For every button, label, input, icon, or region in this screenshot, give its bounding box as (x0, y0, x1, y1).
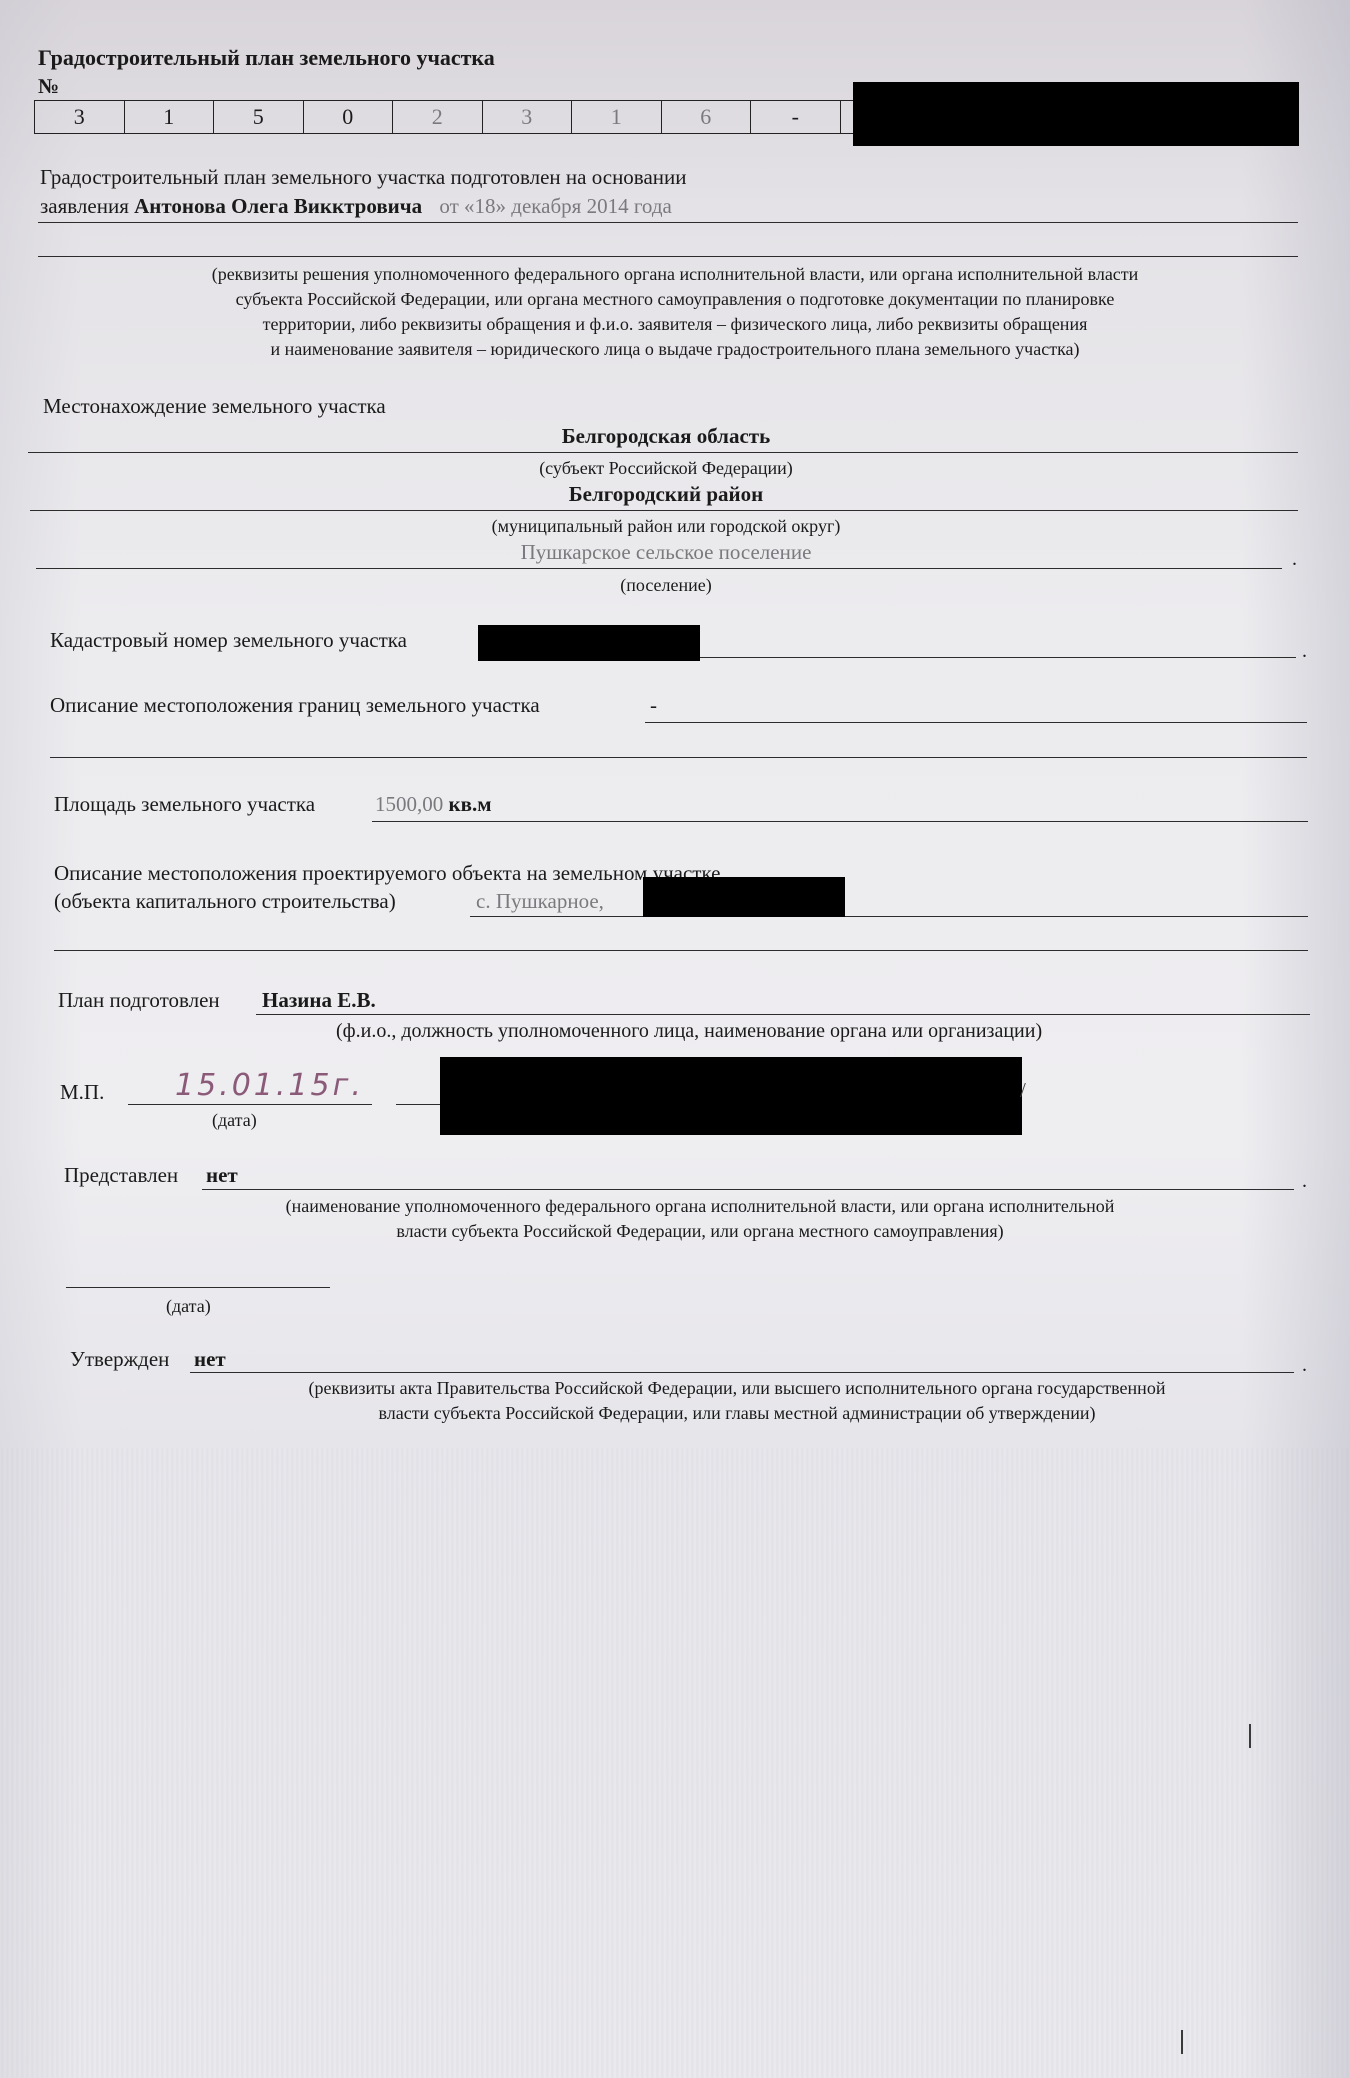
redaction-cadastral-number (478, 625, 700, 661)
area-value: 1500,00 кв.м (375, 792, 492, 817)
submitted-date-hint: (дата) (166, 1294, 211, 1319)
seal-date-hint: (дата) (212, 1108, 257, 1133)
redaction-plan-number (853, 82, 1299, 146)
redaction-object-address (643, 877, 845, 917)
location-label: Местонахождение земельного участка (43, 394, 386, 419)
number-cell: 6 (662, 101, 752, 133)
number-cell: 1 (125, 101, 215, 133)
region-hint: (субъект Российской Федерации) (0, 456, 1332, 481)
plan-number-grid: 3 1 5 0 2 3 1 6 - (34, 100, 930, 134)
approved-label: Утвержден (70, 1347, 169, 1372)
underline (372, 821, 1308, 822)
boundaries-value: - (650, 693, 657, 718)
area-number: 1500,00 (375, 792, 443, 816)
underline (128, 1104, 372, 1105)
scan-artifact (1249, 1724, 1251, 1748)
submitted-value: нет (206, 1163, 238, 1188)
approved-hint: (реквизиты акта Правительства Российской… (0, 1376, 1350, 1426)
underline (470, 916, 1308, 917)
scan-artifact (1181, 2030, 1183, 2054)
number-cell: - (751, 101, 841, 133)
underline (36, 568, 1282, 569)
location-district: Белгородский район (0, 482, 1332, 507)
prepared-label: План подготовлен (58, 988, 220, 1013)
number-cell: 3 (35, 101, 125, 133)
area-label: Площадь земельного участка (54, 792, 315, 817)
district-hint: (муниципальный район или городской округ… (0, 514, 1332, 539)
submitted-label: Представлен (64, 1163, 178, 1188)
number-cell: 5 (214, 101, 304, 133)
underline (30, 510, 1298, 511)
number-cell: 0 (304, 101, 394, 133)
period: . (1302, 1170, 1307, 1193)
underline (202, 1189, 1294, 1190)
applicant-name: Антонова Олега Викктровича (134, 194, 422, 218)
underline (396, 1104, 442, 1105)
period: . (1302, 640, 1307, 663)
handwritten-date: 15.01.15г. (175, 1068, 364, 1103)
underline (28, 452, 1298, 453)
underline (645, 722, 1307, 723)
underline (700, 657, 1296, 658)
object-location-label-2: (объекта капитального строительства) (54, 889, 396, 914)
approved-value: нет (194, 1347, 226, 1372)
submitted-hint: (наименование уполномоченного федерально… (0, 1194, 1350, 1244)
prepared-hint: (ф.и.о., должность уполномоченного лица,… (336, 1020, 1042, 1043)
period: . (1292, 548, 1297, 571)
seal-label: М.П. (60, 1080, 104, 1105)
number-cell: 2 (393, 101, 483, 133)
number-label: № (38, 74, 59, 99)
signature-slash: / (1020, 1078, 1026, 1103)
underline (38, 256, 1298, 257)
underline (256, 1014, 1310, 1015)
period: . (1302, 1354, 1307, 1377)
boundaries-label: Описание местоположения границ земельног… (50, 693, 540, 718)
number-cell: 3 (483, 101, 573, 133)
location-settlement: Пушкарское сельское поселение (0, 540, 1332, 565)
scan-lower-band (0, 1448, 1350, 2078)
underline (50, 757, 1307, 758)
cadastral-label: Кадастровый номер земельного участка (50, 628, 407, 653)
underline (66, 1287, 330, 1288)
statement-prefix: заявления (40, 194, 129, 218)
underline (54, 950, 1308, 951)
object-location-value: с. Пушкарное, (476, 889, 604, 914)
basis-intro: Градостроительный план земельного участк… (40, 165, 686, 190)
underline (38, 222, 1298, 223)
prepared-value: Назина Е.В. (262, 988, 376, 1013)
statement-date: от «18» декабря 2014 года (439, 194, 671, 218)
area-unit: кв.м (449, 792, 492, 816)
basis-hint: (реквизиты решения уполномоченного федер… (0, 262, 1350, 362)
object-location-label-1: Описание местоположения проектируемого о… (54, 861, 720, 886)
location-region: Белгородская область (0, 424, 1332, 449)
document-title: Градостроительный план земельного участк… (38, 45, 495, 71)
basis-statement: заявления Антонова Олега Викктровича от … (40, 194, 672, 219)
settlement-hint: (поселение) (0, 573, 1332, 598)
underline (190, 1372, 1294, 1373)
redaction-signature (440, 1057, 1022, 1135)
number-cell: 1 (572, 101, 662, 133)
